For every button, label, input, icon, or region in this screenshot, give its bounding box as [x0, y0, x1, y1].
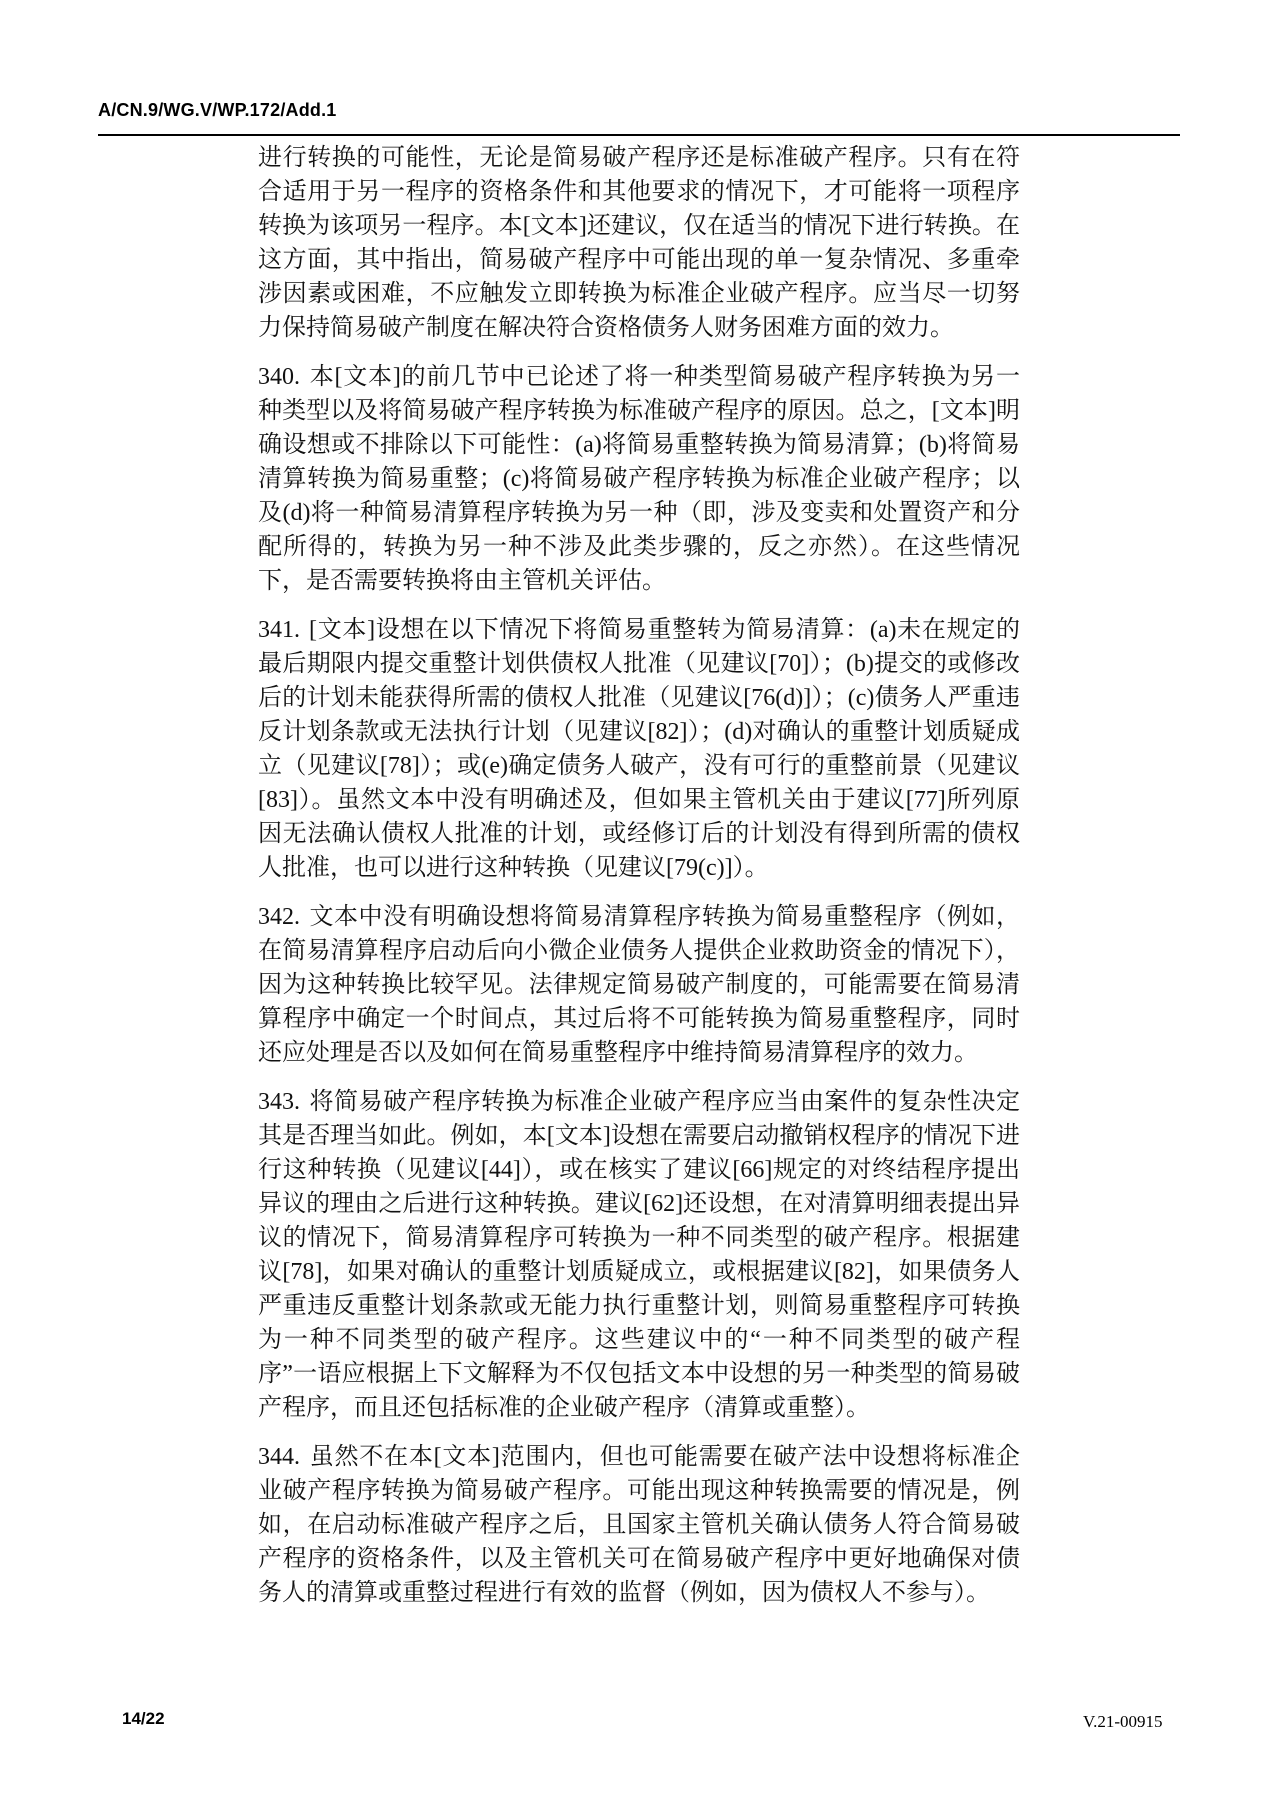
paragraph-342: 342.文本中没有明确设想将简易清算程序转换为简易重整程序（例如，在简易清算程序…	[258, 900, 1020, 1070]
paragraph-text: 虽然不在本[文本]范围内，但也可能需要在破产法中设想将标准企业破产程序转换为简易…	[258, 1444, 1020, 1606]
paragraph-text: 进行转换的可能性，无论是简易破产程序还是标准破产程序。只有在符合适用于另一程序的…	[258, 145, 1020, 341]
paragraph-number: 340.	[258, 364, 300, 390]
document-page: A/CN.9/WG.V/WP.172/Add.1 进行转换的可能性，无论是简易破…	[0, 0, 1280, 1809]
paragraph-text: [文本]设想在以下情况下将简易重整转为简易清算：(a)未在规定的最后期限内提交重…	[258, 617, 1020, 881]
paragraph-343: 343.将简易破产程序转换为标准企业破产程序应当由案件的复杂性决定其是否理当如此…	[258, 1085, 1020, 1425]
paragraph-number: 344.	[258, 1444, 300, 1470]
paragraph-text: 将简易破产程序转换为标准企业破产程序应当由案件的复杂性决定其是否理当如此。例如，…	[258, 1089, 1020, 1421]
footer-document-id: V.21-00915	[1083, 1712, 1163, 1732]
paragraph-number: 341.	[258, 617, 300, 643]
document-symbol: A/CN.9/WG.V/WP.172/Add.1	[98, 100, 337, 121]
paragraph-340: 340.本[文本]的前几节中已论述了将一种类型简易破产程序转换为另一种类型以及将…	[258, 360, 1020, 598]
paragraph-number: 342.	[258, 904, 300, 930]
paragraph-number: 343.	[258, 1089, 300, 1115]
footer-page-number: 14/22	[122, 1709, 165, 1729]
document-body: 进行转换的可能性，无论是简易破产程序还是标准破产程序。只有在符合适用于另一程序的…	[258, 141, 1020, 1625]
paragraph-continuation: 进行转换的可能性，无论是简易破产程序还是标准破产程序。只有在符合适用于另一程序的…	[258, 141, 1020, 345]
paragraph-text: 本[文本]的前几节中已论述了将一种类型简易破产程序转换为另一种类型以及将简易破产…	[258, 364, 1020, 594]
paragraph-341: 341.[文本]设想在以下情况下将简易重整转为简易清算：(a)未在规定的最后期限…	[258, 613, 1020, 885]
paragraph-text: 文本中没有明确设想将简易清算程序转换为简易重整程序（例如，在简易清算程序启动后向…	[258, 904, 1020, 1066]
paragraph-344: 344.虽然不在本[文本]范围内，但也可能需要在破产法中设想将标准企业破产程序转…	[258, 1440, 1020, 1610]
header-rule	[98, 134, 1180, 136]
